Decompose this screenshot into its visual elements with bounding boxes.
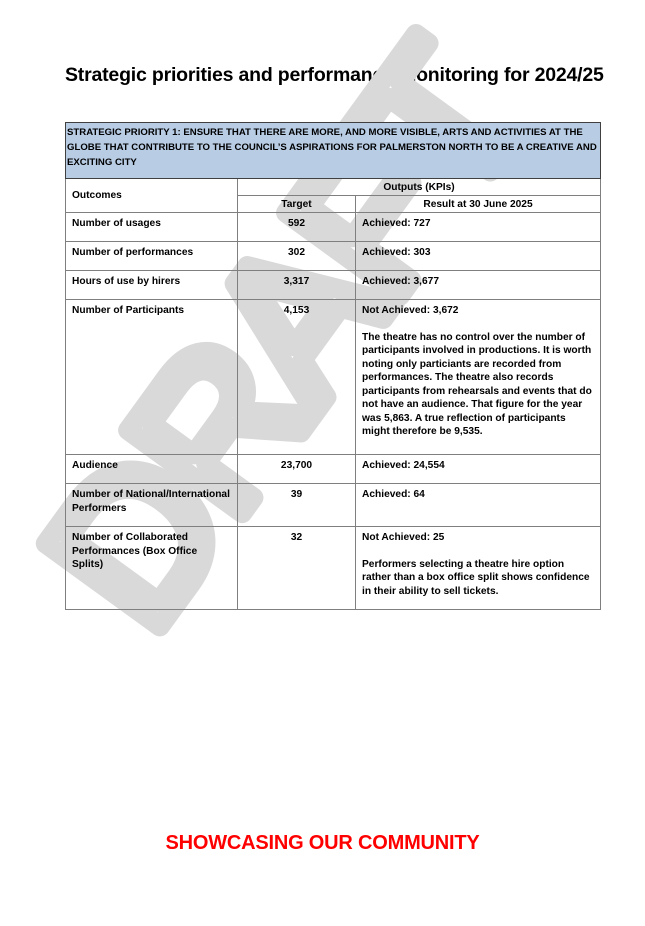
table-row: Audience 23,700 Achieved: 24,554 (66, 455, 601, 484)
outcome-cell: Number of National/International Perform… (66, 484, 238, 527)
table-row: Number of Collaborated Performances (Box… (66, 527, 601, 610)
target-cell: 4,153 (238, 300, 356, 455)
target-cell: 3,317 (238, 271, 356, 300)
result-text: Not Achieved: 3,672 (362, 304, 594, 318)
result-text: Achieved: 24,554 (362, 459, 594, 473)
outcome-cell: Audience (66, 455, 238, 484)
target-cell: 302 (238, 242, 356, 271)
result-cell: Achieved: 64 (356, 484, 601, 527)
result-text: Achieved: 727 (362, 217, 594, 231)
priority-row: STRATEGIC PRIORITY 1: ENSURE THAT THERE … (66, 123, 601, 179)
outcome-cell: Number of performances (66, 242, 238, 271)
table-row: Number of National/International Perform… (66, 484, 601, 527)
header-outputs: Outputs (KPIs) (238, 179, 601, 196)
page-title: Strategic priorities and performance mon… (65, 64, 604, 87)
outcome-cell: Number of Collaborated Performances (Box… (66, 527, 238, 610)
result-text: Not Achieved: 25 (362, 531, 594, 545)
header-row-1: Outcomes Outputs (KPIs) (66, 179, 601, 196)
table-row: Number of usages 592 Achieved: 727 (66, 213, 601, 242)
table-row: Number of Participants 4,153 Not Achieve… (66, 300, 601, 455)
result-text: Achieved: 64 (362, 488, 594, 502)
result-cell: Achieved: 727 (356, 213, 601, 242)
result-cell: Achieved: 303 (356, 242, 601, 271)
result-text: Achieved: 303 (362, 246, 594, 260)
target-cell: 23,700 (238, 455, 356, 484)
target-cell: 592 (238, 213, 356, 242)
outcome-cell: Number of Participants (66, 300, 238, 455)
result-note: Performers selecting a theatre hire opti… (362, 558, 594, 599)
result-cell: Not Achieved: 25 Performers selecting a … (356, 527, 601, 610)
result-note: The theatre has no control over the numb… (362, 331, 594, 439)
table-row: Hours of use by hirers 3,317 Achieved: 3… (66, 271, 601, 300)
table-row: Number of performances 302 Achieved: 303 (66, 242, 601, 271)
target-cell: 39 (238, 484, 356, 527)
result-cell: Achieved: 24,554 (356, 455, 601, 484)
target-cell: 32 (238, 527, 356, 610)
header-outcomes: Outcomes (66, 179, 238, 213)
section-heading: SHOWCASING OUR COMMUNITY (0, 832, 645, 855)
result-cell: Not Achieved: 3,672 The theatre has no c… (356, 300, 601, 455)
result-text: Achieved: 3,677 (362, 275, 594, 289)
header-target: Target (238, 196, 356, 213)
outcome-cell: Number of usages (66, 213, 238, 242)
result-cell: Achieved: 3,677 (356, 271, 601, 300)
outcome-cell: Hours of use by hirers (66, 271, 238, 300)
strategic-priority: STRATEGIC PRIORITY 1: ENSURE THAT THERE … (66, 123, 601, 179)
kpi-table: STRATEGIC PRIORITY 1: ENSURE THAT THERE … (65, 122, 601, 610)
header-result: Result at 30 June 2025 (356, 196, 601, 213)
